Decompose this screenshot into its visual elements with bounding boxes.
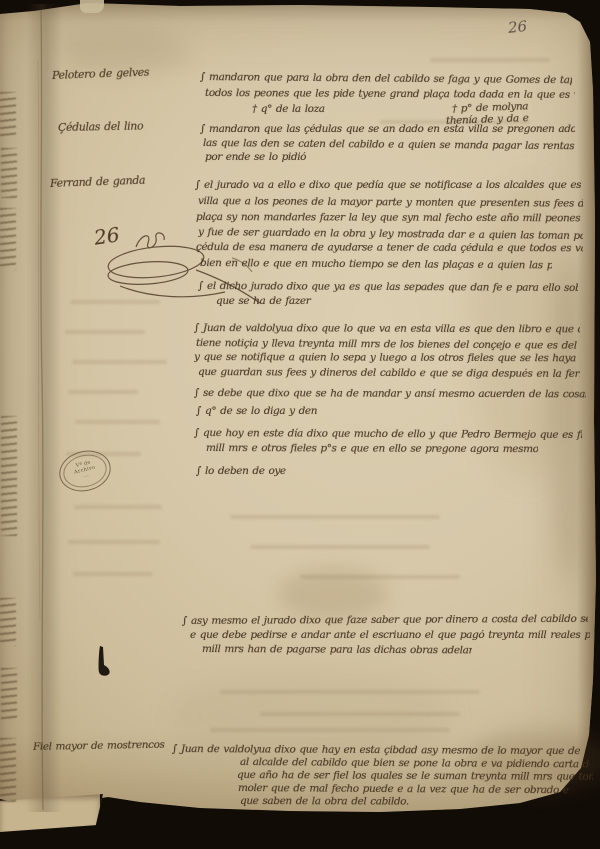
show-through-line bbox=[65, 330, 145, 334]
text-line: e que debe pedirse e andar ante el escri… bbox=[190, 630, 590, 641]
text-line: ∫ lo deben de oye bbox=[196, 466, 304, 477]
text-line: † q° de la loza bbox=[252, 104, 352, 115]
folio-number: 26 bbox=[507, 17, 528, 37]
stamp-text-line: Archivo bbox=[74, 466, 96, 477]
facing-page-ink-fragment bbox=[1, 148, 17, 198]
text-line: ∫ el jurado va a ello e dixo que pedía q… bbox=[195, 180, 583, 191]
text-line: ∫ que hoy en este día dixo que mucho de … bbox=[194, 428, 582, 441]
text-line: ∫ asy mesmo el jurado dixo que faze sabe… bbox=[182, 614, 588, 627]
stamp-text-line: Vª de bbox=[75, 460, 91, 469]
show-through-line bbox=[70, 300, 160, 304]
show-through-line bbox=[210, 728, 450, 732]
torn-paper-tab bbox=[80, 0, 104, 13]
text-line: plaça sy non mandarles fazer la ley que … bbox=[196, 212, 583, 224]
paper-stain bbox=[548, 260, 588, 580]
text-line: ∫ Juan de valdolyua dixo que lo que va e… bbox=[194, 323, 580, 335]
show-through-line bbox=[73, 572, 153, 576]
text-line: ∫ se debe que dixo que se ha de mandar y… bbox=[194, 388, 586, 400]
text-line: por ende se lo pidió bbox=[205, 152, 335, 163]
text-line: y que se notifique a quien lo sepa y lue… bbox=[194, 352, 580, 364]
show-through-line bbox=[220, 690, 480, 694]
margin-heading: Çédulas del lino bbox=[58, 120, 180, 134]
manuscript-scan: 26 26 Vª de Archivo ··· Pelotero de gelv… bbox=[0, 0, 600, 849]
facing-page-ink-fragment bbox=[0, 92, 16, 136]
show-through-line bbox=[250, 545, 430, 549]
show-through-line bbox=[430, 58, 550, 62]
show-through-line bbox=[230, 515, 440, 519]
show-through-line bbox=[260, 712, 460, 716]
show-through-line bbox=[74, 505, 162, 509]
text-line: moler que de mal fecho puede e a la vez … bbox=[238, 783, 572, 796]
show-through-line bbox=[68, 540, 160, 544]
text-line: ∫ Juan de valdolyua dixo que hay en esta… bbox=[172, 744, 580, 757]
show-through-line bbox=[75, 420, 160, 424]
facing-page-ink-fragment bbox=[0, 598, 16, 646]
text-line: que guardan sus fees y dineros del cabil… bbox=[198, 367, 580, 380]
text-line: todos los peones que les pide tyene gran… bbox=[205, 88, 575, 101]
facing-page-ink-fragment bbox=[0, 208, 16, 270]
text-line: que saben de la obra del cabildo. bbox=[240, 796, 412, 808]
text-line: mill mrs han de pagarse para las dichas … bbox=[202, 644, 472, 656]
stamp-text-line: ··· bbox=[83, 474, 90, 481]
facing-page-ink-fragment bbox=[0, 738, 16, 802]
text-line: que año ha de ser fiel los quales se le … bbox=[237, 770, 593, 783]
show-through-line bbox=[72, 360, 167, 364]
facing-page-ink-fragment bbox=[1, 416, 17, 536]
text-line: çédula de esa manera de ayudarse a tener… bbox=[196, 242, 583, 254]
text-line: mill mrs e otros fieles p°s e que en ell… bbox=[206, 443, 538, 455]
text-line: ∫ el dicho jurado dixo que ya es que las… bbox=[198, 281, 578, 294]
show-through-line bbox=[300, 575, 460, 579]
binding-gutter-shadow bbox=[26, 4, 62, 812]
text-line: ∫ q° de se lo diga y den bbox=[196, 406, 356, 417]
text-line: que se ha de fazer bbox=[216, 296, 320, 307]
margin-number: 26 bbox=[92, 222, 121, 249]
text-line: ∫ mandaron que las çédulas que se an dad… bbox=[200, 124, 575, 135]
facing-page-ink-fragment bbox=[1, 668, 17, 720]
show-through-line bbox=[68, 390, 138, 394]
